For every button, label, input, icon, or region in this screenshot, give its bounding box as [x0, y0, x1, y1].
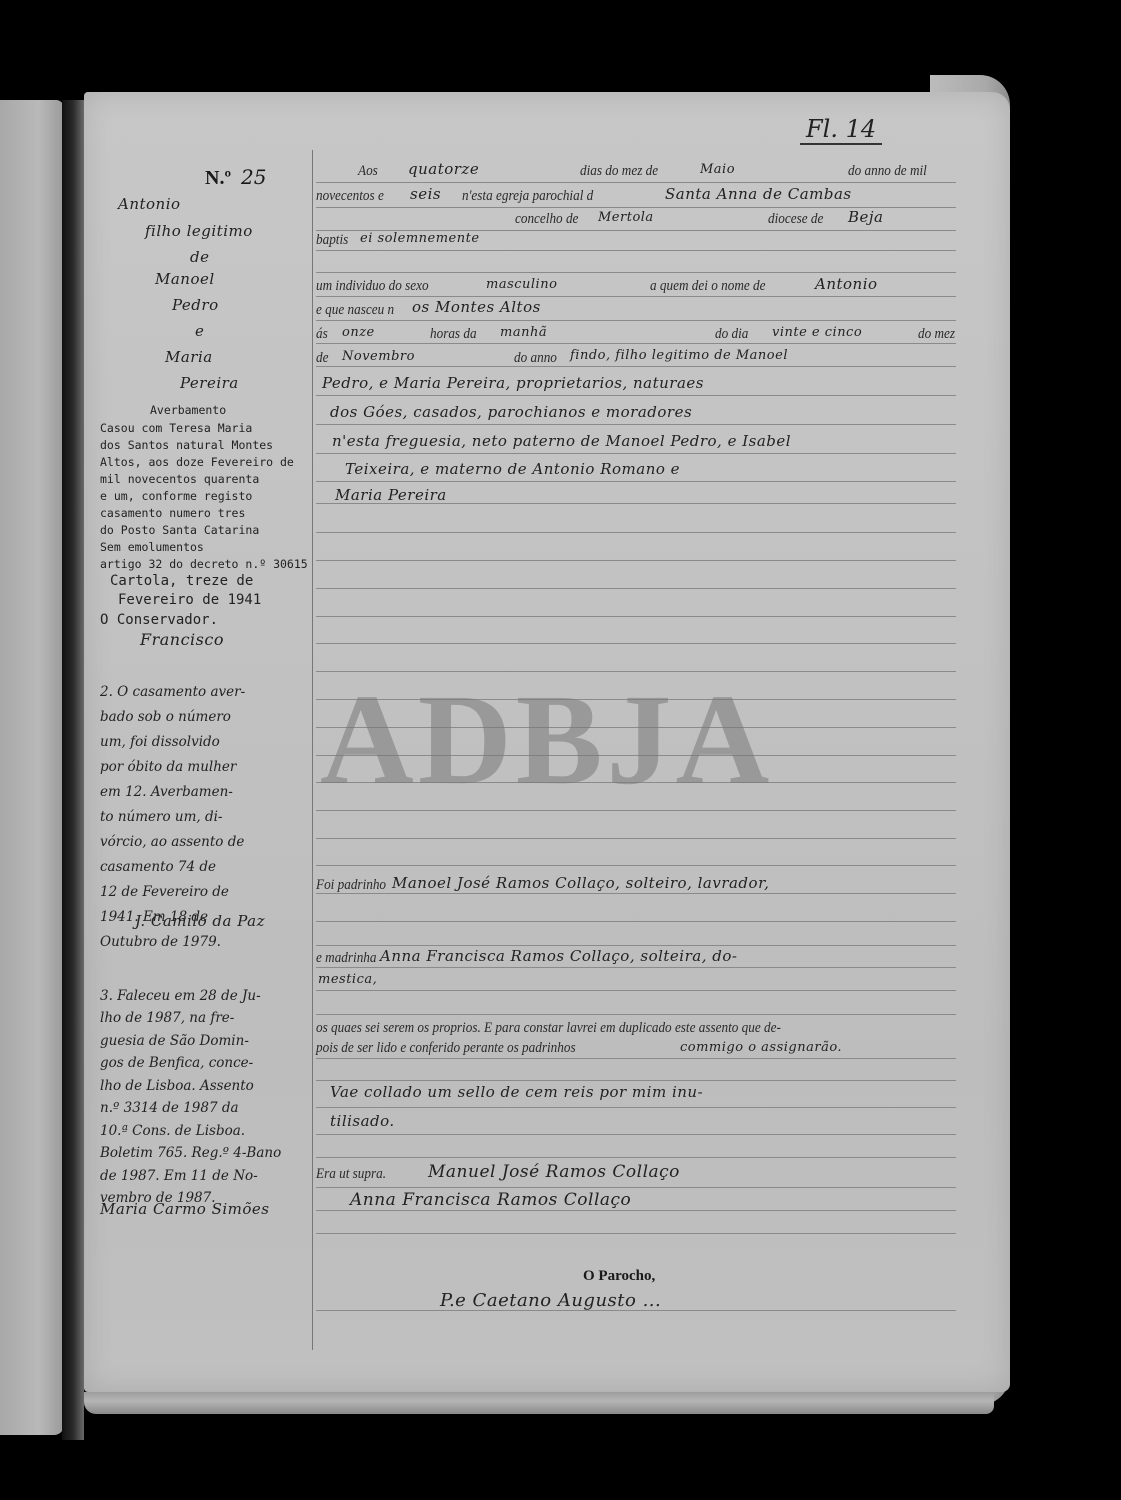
annotation-2-line: por óbito da mulher	[100, 759, 236, 775]
handwritten-sex: masculino	[486, 277, 557, 292]
printed-text: dias do mez de	[580, 163, 658, 180]
priest-signature: P.e Caetano Augusto ...	[440, 1290, 661, 1311]
annotation-1-line: Fevereiro de 1941	[118, 592, 261, 609]
margin-name: Antonio	[118, 195, 181, 213]
ruled-line	[316, 1134, 956, 1135]
printed-text: e que nasceu n	[316, 302, 394, 319]
godfather-signature: Manuel José Ramos Collaço	[428, 1162, 680, 1182]
ruled-line	[316, 320, 956, 321]
printed-text: do anno de mil	[848, 163, 927, 180]
era-ut-supra-label: Era ut supra.	[316, 1166, 386, 1183]
annotation-2-line: Outubro de 1979.	[100, 934, 221, 950]
annotation-1-line: casamento numero tres	[100, 505, 245, 522]
printed-text: baptis	[316, 232, 348, 249]
folio-number: Fl. 14	[800, 115, 882, 145]
printed-text: concelho de	[515, 211, 578, 228]
ruled-line	[316, 481, 956, 482]
annotation-1-line: Altos, aos doze Fevereiro de	[100, 454, 294, 471]
annotation-2-line: vórcio, ao assento de	[100, 834, 244, 850]
handwritten-paternal-grandparents: n'esta freguesia, neto paterno de Manoel…	[332, 432, 791, 450]
annotation-1-line: mil novecentos quarenta	[100, 471, 259, 488]
ruled-line	[316, 1187, 956, 1188]
ruled-line	[316, 643, 956, 644]
handwritten-birthplace: os Montes Altos	[412, 298, 541, 316]
ruled-line	[316, 343, 956, 344]
ruled-line	[316, 1233, 956, 1234]
annotation-2-line: em 12. Averbamen-	[100, 784, 233, 800]
annotation-3-line: n.º 3314 de 1987 da	[100, 1100, 239, 1116]
ruled-line	[316, 1014, 956, 1015]
handwritten-hour: onze	[342, 325, 375, 340]
ruled-line	[316, 945, 956, 946]
printed-text: do dia	[715, 326, 748, 343]
archive-watermark: ADBJA	[320, 665, 773, 815]
handwritten-diocese: Beja	[848, 208, 884, 226]
printed-text: n'esta egreja parochial d	[462, 188, 593, 205]
ruled-line	[316, 395, 956, 396]
annotation-1-line: O Conservador.	[100, 612, 218, 629]
ruled-line	[316, 893, 956, 894]
ruled-line	[316, 616, 956, 617]
annotation-3-line: Boletim 765. Reg.º 4-Bano	[100, 1145, 281, 1161]
ruled-line	[316, 1157, 956, 1158]
handwritten-year: seis	[410, 185, 441, 203]
annotation-1-line: Casou com Teresa Maria	[100, 420, 252, 437]
printed-text: do mez	[918, 326, 955, 343]
book-spine	[62, 100, 84, 1440]
ruled-line	[316, 424, 956, 425]
annotation-3-line: de 1987. Em 11 de No-	[100, 1168, 258, 1184]
margin-rule	[312, 150, 313, 1350]
annotation-3-line: 10.ª Cons. de Lisboa.	[100, 1123, 245, 1139]
annotation-1-line: Sem emolumentos	[100, 539, 204, 556]
annotation-2-signature: J. Camilo da Paz	[135, 912, 265, 930]
printed-text: novecentos e	[316, 188, 384, 205]
annotation-1-line: do Posto Santa Catarina	[100, 522, 259, 539]
annotation-1-line: artigo 32 do decreto n.º 30615	[100, 556, 308, 573]
record-number: N.º25	[205, 165, 267, 190]
handwritten-text: ei solemnemente	[360, 231, 480, 246]
godmother-value: Anna Francisca Ramos Collaço, solteira, …	[380, 947, 737, 965]
adjacent-left-page	[0, 100, 64, 1435]
ruled-line	[316, 1210, 956, 1211]
godfather-value: Manoel José Ramos Collaço, solteiro, lav…	[392, 874, 769, 892]
handwritten-month: Maio	[700, 162, 735, 177]
ruled-line	[316, 272, 956, 273]
godfather-label: Foi padrinho	[316, 877, 386, 894]
handwritten-parents: Pedro, e Maria Pereira, proprietarios, n…	[322, 374, 704, 392]
handwritten-birth-day: vinte e cinco	[772, 325, 862, 340]
annotation-2-line: 12 de Fevereiro de	[100, 884, 229, 900]
closing-text: pois de ser lido e conferido perante os …	[316, 1040, 576, 1057]
annotation-1-line: dos Santos natural Montes	[100, 437, 273, 454]
handwritten-text: Maria Pereira	[335, 486, 447, 504]
ruled-line	[316, 990, 956, 991]
printed-text: um individuo do sexo	[316, 278, 429, 295]
annotation-2-text: 2. O casamento aver- bado sob o número u…	[100, 655, 245, 955]
ruled-line	[316, 865, 956, 866]
ruled-line	[316, 250, 956, 251]
handwritten-child-name: Antonio	[815, 275, 878, 293]
ruled-line	[316, 366, 956, 367]
priest-label: O Parocho,	[583, 1268, 655, 1285]
ruled-line	[316, 532, 956, 533]
annotation-2-line: to número um, di-	[100, 809, 223, 825]
margin-line: e	[195, 322, 204, 340]
annotation-2-line: casamento 74 de	[100, 859, 216, 875]
ruled-line	[316, 560, 956, 561]
printed-text: de	[316, 350, 328, 367]
ruled-line	[316, 1107, 956, 1108]
printed-text: ás	[316, 326, 328, 343]
annotation-3-line: 3. Faleceu em 28 de Ju-	[100, 988, 261, 1004]
ruled-line	[316, 921, 956, 922]
stamp-note: tilisado.	[330, 1112, 395, 1130]
margin-line: de	[190, 248, 209, 266]
annotation-1-line: Cartola, treze de	[110, 573, 253, 590]
handwritten-county: Mertola	[598, 210, 654, 225]
printed-text: a quem dei o nome de	[650, 278, 765, 295]
annotation-2-line: 2. O casamento aver-	[100, 684, 245, 700]
margin-line: filho legitimo	[145, 222, 253, 240]
ruled-line	[316, 967, 956, 968]
record-number-value: 25	[241, 165, 266, 189]
annotation-3-line: gos de Benfica, conce-	[100, 1055, 253, 1071]
handwritten-text: commigo o assignarão.	[680, 1040, 842, 1055]
annotation-3-signature: Maria Carmo Simões	[100, 1200, 270, 1218]
printed-text: do anno	[514, 350, 557, 367]
annotation-1-line: e um, conforme registo	[100, 488, 252, 505]
ruled-line	[316, 182, 956, 183]
ruled-line	[316, 588, 956, 589]
margin-line: Maria	[165, 348, 213, 366]
ruled-line	[316, 838, 956, 839]
handwritten-maternal-grandparents: Teixeira, e materno de Antonio Romano e	[345, 460, 680, 478]
annotation-2-line: um, foi dissolvido	[100, 734, 220, 750]
printed-text: Aos	[358, 163, 378, 180]
ruled-line	[316, 1058, 956, 1059]
margin-line: Pereira	[180, 374, 239, 392]
handwritten-day: quatorze	[408, 160, 479, 178]
margin-line: Pedro	[172, 296, 219, 314]
record-number-label: N.º	[205, 167, 231, 189]
handwritten-birth-month: Novembro	[342, 349, 415, 364]
annotation-3-text: 3. Faleceu em 28 de Ju- lho de 1987, na …	[100, 962, 281, 1210]
godmother-signature: Anna Francisca Ramos Collaço	[350, 1190, 631, 1210]
godmother-label: e madrinha	[316, 950, 377, 967]
annotation-3-line: lho de Lisboa. Assento	[100, 1078, 254, 1094]
margin-line: Manoel	[155, 270, 215, 288]
printed-text: horas da	[430, 326, 477, 343]
handwritten-text: findo, filho legitimo de Manoel	[570, 348, 788, 363]
printed-text: diocese de	[768, 211, 823, 228]
annotation-1-signature: Francisco	[140, 630, 224, 649]
ruled-line	[316, 1080, 956, 1081]
annotation-3-line: lho de 1987, na fre-	[100, 1010, 234, 1026]
page-bottom-edge	[84, 1392, 994, 1414]
handwritten-text: dos Góes, casados, parochianos e morador…	[330, 403, 692, 421]
annotation-3-line: guesia de São Domin-	[100, 1033, 249, 1049]
ruled-line	[316, 296, 956, 297]
closing-text: os quaes sei serem os proprios. E para c…	[316, 1020, 781, 1037]
stamp-note: Vae collado um sello de cem reis por mim…	[330, 1083, 703, 1101]
ruled-line	[316, 453, 956, 454]
handwritten-period: manhã	[500, 325, 547, 340]
handwritten-parish: Santa Anna de Cambas	[665, 185, 852, 203]
annotation-title: Averbamento	[150, 402, 226, 419]
annotation-2-line: bado sob o número	[100, 709, 231, 725]
godmother-value-cont: mestica,	[318, 972, 377, 987]
